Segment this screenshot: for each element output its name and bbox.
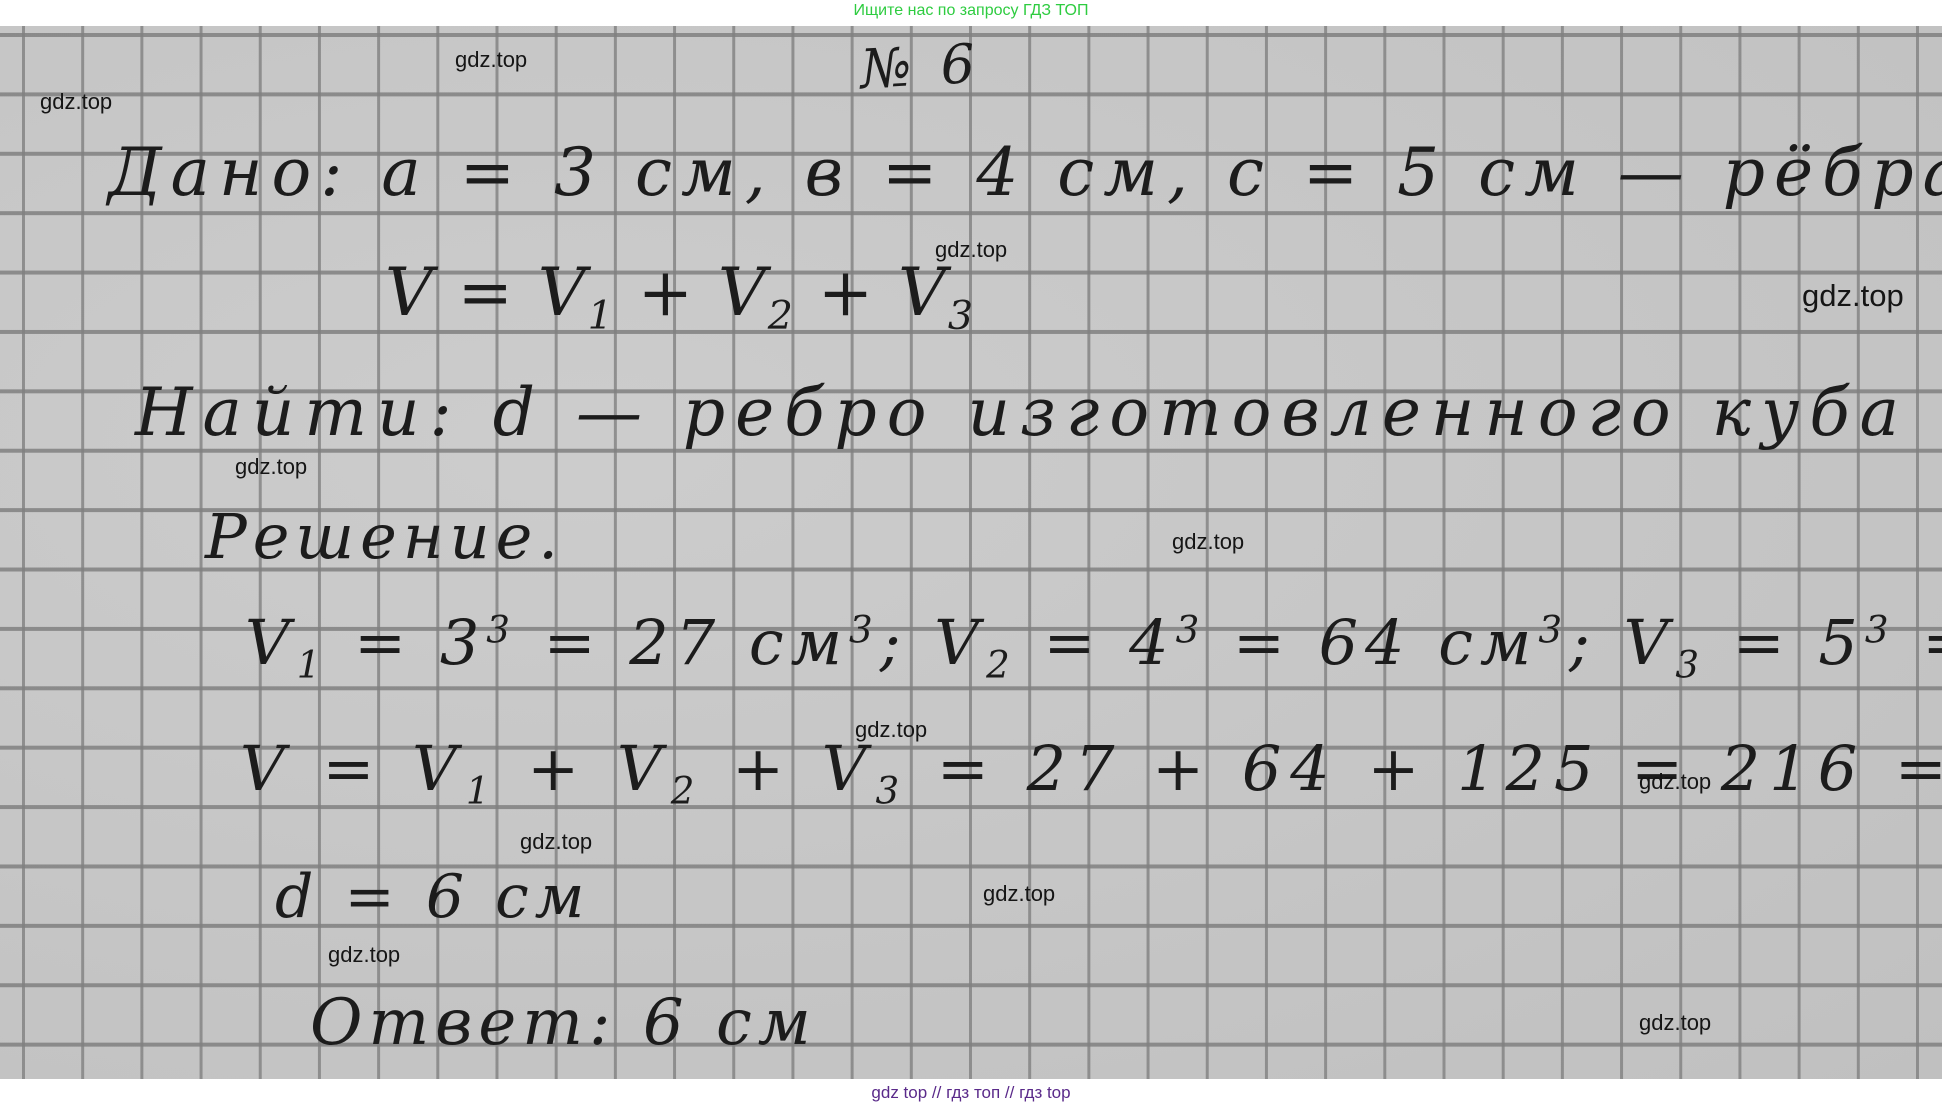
v2-eq: = 4 (1017, 606, 1176, 679)
sum-start: V = V (240, 732, 466, 805)
v3-eq: = 5 (1706, 606, 1865, 679)
subscript: 3 (876, 768, 909, 812)
given-line: Дано: a = 3 см, в = 4 см, с = 5 см — рёб… (108, 134, 1942, 211)
watermark: gdz.top (235, 454, 307, 480)
superscript: 3 (849, 607, 880, 651)
edge-result: d = 6 см (275, 862, 590, 932)
watermark: gdz.top (935, 237, 1007, 263)
find-line: Найти: d — ребро изготовленного куба (135, 374, 1909, 451)
superscript: 3 (486, 607, 517, 651)
watermark: gdz.top (520, 829, 592, 855)
v2-value: = 64 см (1206, 606, 1538, 679)
watermark: gdz.top (1802, 278, 1904, 314)
problem-number: № 6 (859, 32, 983, 101)
watermark: gdz.top (1639, 769, 1711, 795)
watermark: gdz.top (328, 942, 400, 968)
subscript: 3 (1675, 642, 1706, 686)
v1-value: = 27 см (517, 606, 849, 679)
volumes-line: V1 = 33 = 27 см3; V2 = 43 = 64 см3; V3 =… (245, 606, 1942, 686)
sum-rest: = 27 + 64 + 125 = 216 = 6 (908, 732, 1942, 805)
subscript: 2 (768, 293, 795, 339)
v3-value: = 125 см (1896, 606, 1942, 679)
superscript: 3 (1176, 607, 1207, 651)
subscript: 3 (948, 293, 975, 339)
formula-term: + V (795, 254, 948, 331)
watermark: gdz.top (1639, 1010, 1711, 1036)
subscript: 1 (466, 768, 499, 812)
separator: ; V (880, 606, 986, 679)
v1-eq: = 3 (327, 606, 486, 679)
watermark: gdz.top (983, 881, 1055, 907)
subscript: 1 (297, 642, 328, 686)
sum-term: + V (499, 732, 671, 805)
separator: ; V (1569, 606, 1675, 679)
watermark: gdz.top (855, 717, 927, 743)
subscript: 2 (671, 768, 704, 812)
notebook-page-photo: № 6 Дано: a = 3 см, в = 4 см, с = 5 см —… (0, 26, 1942, 1079)
volume-formula: V = V1 + V2 + V3 (385, 254, 975, 339)
formula-lhs: V = V (385, 254, 588, 331)
watermark: gdz.top (455, 47, 527, 73)
watermark: gdz.top (1172, 529, 1244, 555)
superscript: 3 (1538, 607, 1569, 651)
formula-term: + V (615, 254, 768, 331)
sum-term: + V (703, 732, 875, 805)
solution-heading: Решение. (205, 500, 564, 573)
watermark: gdz.top (40, 89, 112, 115)
subscript: 2 (986, 642, 1017, 686)
search-hint-banner[interactable]: Ищите нас по запросу ГДЗ ТОП (0, 0, 1942, 26)
superscript: 3 (1865, 607, 1896, 651)
answer-line: Ответ: 6 см (310, 986, 817, 1060)
subscript: 1 (588, 293, 615, 339)
v1-label: V (245, 606, 297, 679)
footer-links[interactable]: gdz top // гдз топ // гдз top (0, 1079, 1942, 1108)
